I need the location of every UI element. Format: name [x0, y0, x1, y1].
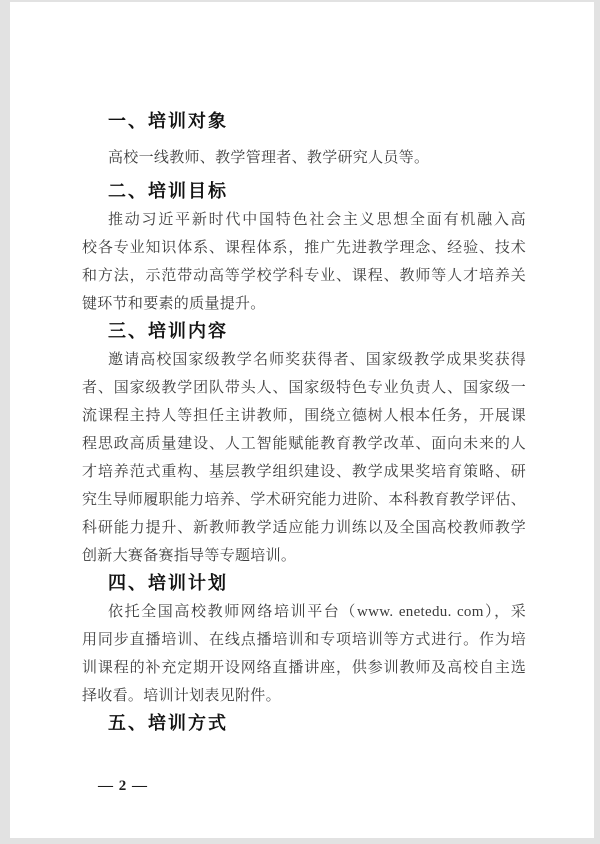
paragraph-line: 才培养范式重构、基层教学组织建设、教学成果奖培育策略、研 — [82, 458, 526, 486]
paragraph-line: 校各专业知识体系、课程体系，推广先进教学理念、经验、技术 — [82, 234, 526, 262]
section-training-target: 一、培训对象 高校一线教师、教学管理者、教学研究人员等。 — [82, 108, 526, 172]
section-training-content: 三、培训内容 邀请高校国家级教学名师奖获得者、国家级教学成果奖获得者、国家级教学… — [82, 318, 526, 570]
section-paragraph: 依托全国高校教师网络培训平台（www. enetedu. com），采用同步直播… — [82, 598, 526, 710]
document-content: 一、培训对象 高校一线教师、教学管理者、教学研究人员等。 二、培训目标 推动习近… — [10, 2, 594, 738]
section-heading: 三、培训内容 — [108, 318, 526, 346]
section-paragraph: 高校一线教师、教学管理者、教学研究人员等。 — [82, 144, 526, 172]
paragraph-line: 高校一线教师、教学管理者、教学研究人员等。 — [82, 144, 526, 172]
paragraph-line: 用同步直播培训、在线点播培训和专项培训等方式进行。作为培 — [82, 626, 526, 654]
paragraph-line: 创新大赛备赛指导等专题培训。 — [82, 542, 526, 570]
paragraph-line: 程思政高质量建设、人工智能赋能教育教学改革、面向未来的人 — [82, 430, 526, 458]
section-heading: 二、培训目标 — [108, 178, 526, 206]
document-page: 一、培训对象 高校一线教师、教学管理者、教学研究人员等。 二、培训目标 推动习近… — [10, 2, 594, 838]
section-training-goal: 二、培训目标 推动习近平新时代中国特色社会主义思想全面有机融入高校各专业知识体系… — [82, 178, 526, 318]
section-heading: 一、培训对象 — [108, 108, 526, 136]
paragraph-line: 择收看。培训计划表见附件。 — [82, 682, 526, 710]
section-training-plan: 四、培训计划 依托全国高校教师网络培训平台（www. enetedu. com）… — [82, 570, 526, 710]
section-heading: 四、培训计划 — [108, 570, 526, 598]
paragraph-line: 究生导师履职能力培养、学术研究能力进阶、本科教育教学评估、 — [82, 486, 526, 514]
section-heading: 五、培训方式 — [108, 710, 526, 738]
paragraph-line: 流课程主持人等担任主讲教师，围绕立德树人根本任务，开展课 — [82, 402, 526, 430]
paragraph-line: 和方法，示范带动高等学校学科专业、课程、教师等人才培养关 — [82, 262, 526, 290]
section-paragraph: 推动习近平新时代中国特色社会主义思想全面有机融入高校各专业知识体系、课程体系，推… — [82, 206, 526, 318]
paragraph-line: 邀请高校国家级教学名师奖获得者、国家级教学成果奖获得 — [82, 346, 526, 374]
section-paragraph: 邀请高校国家级教学名师奖获得者、国家级教学成果奖获得者、国家级教学团队带头人、国… — [82, 346, 526, 570]
paragraph-line: 推动习近平新时代中国特色社会主义思想全面有机融入高 — [82, 206, 526, 234]
paragraph-line: 依托全国高校教师网络培训平台（www. enetedu. com），采 — [82, 598, 526, 626]
app-background: { "page": { "number_label": "— 2 —" }, "… — [0, 0, 600, 844]
paragraph-line: 训课程的补充定期开设网络直播讲座，供参训教师及高校自主选 — [82, 654, 526, 682]
paragraph-line: 键环节和要素的质量提升。 — [82, 290, 526, 318]
page-number: — 2 — — [98, 778, 148, 795]
paragraph-line: 科研能力提升、新教师教学适应能力训练以及全国高校教师教学 — [82, 514, 526, 542]
paragraph-line: 者、国家级教学团队带头人、国家级特色专业负责人、国家级一 — [82, 374, 526, 402]
section-training-method: 五、培训方式 — [82, 710, 526, 738]
